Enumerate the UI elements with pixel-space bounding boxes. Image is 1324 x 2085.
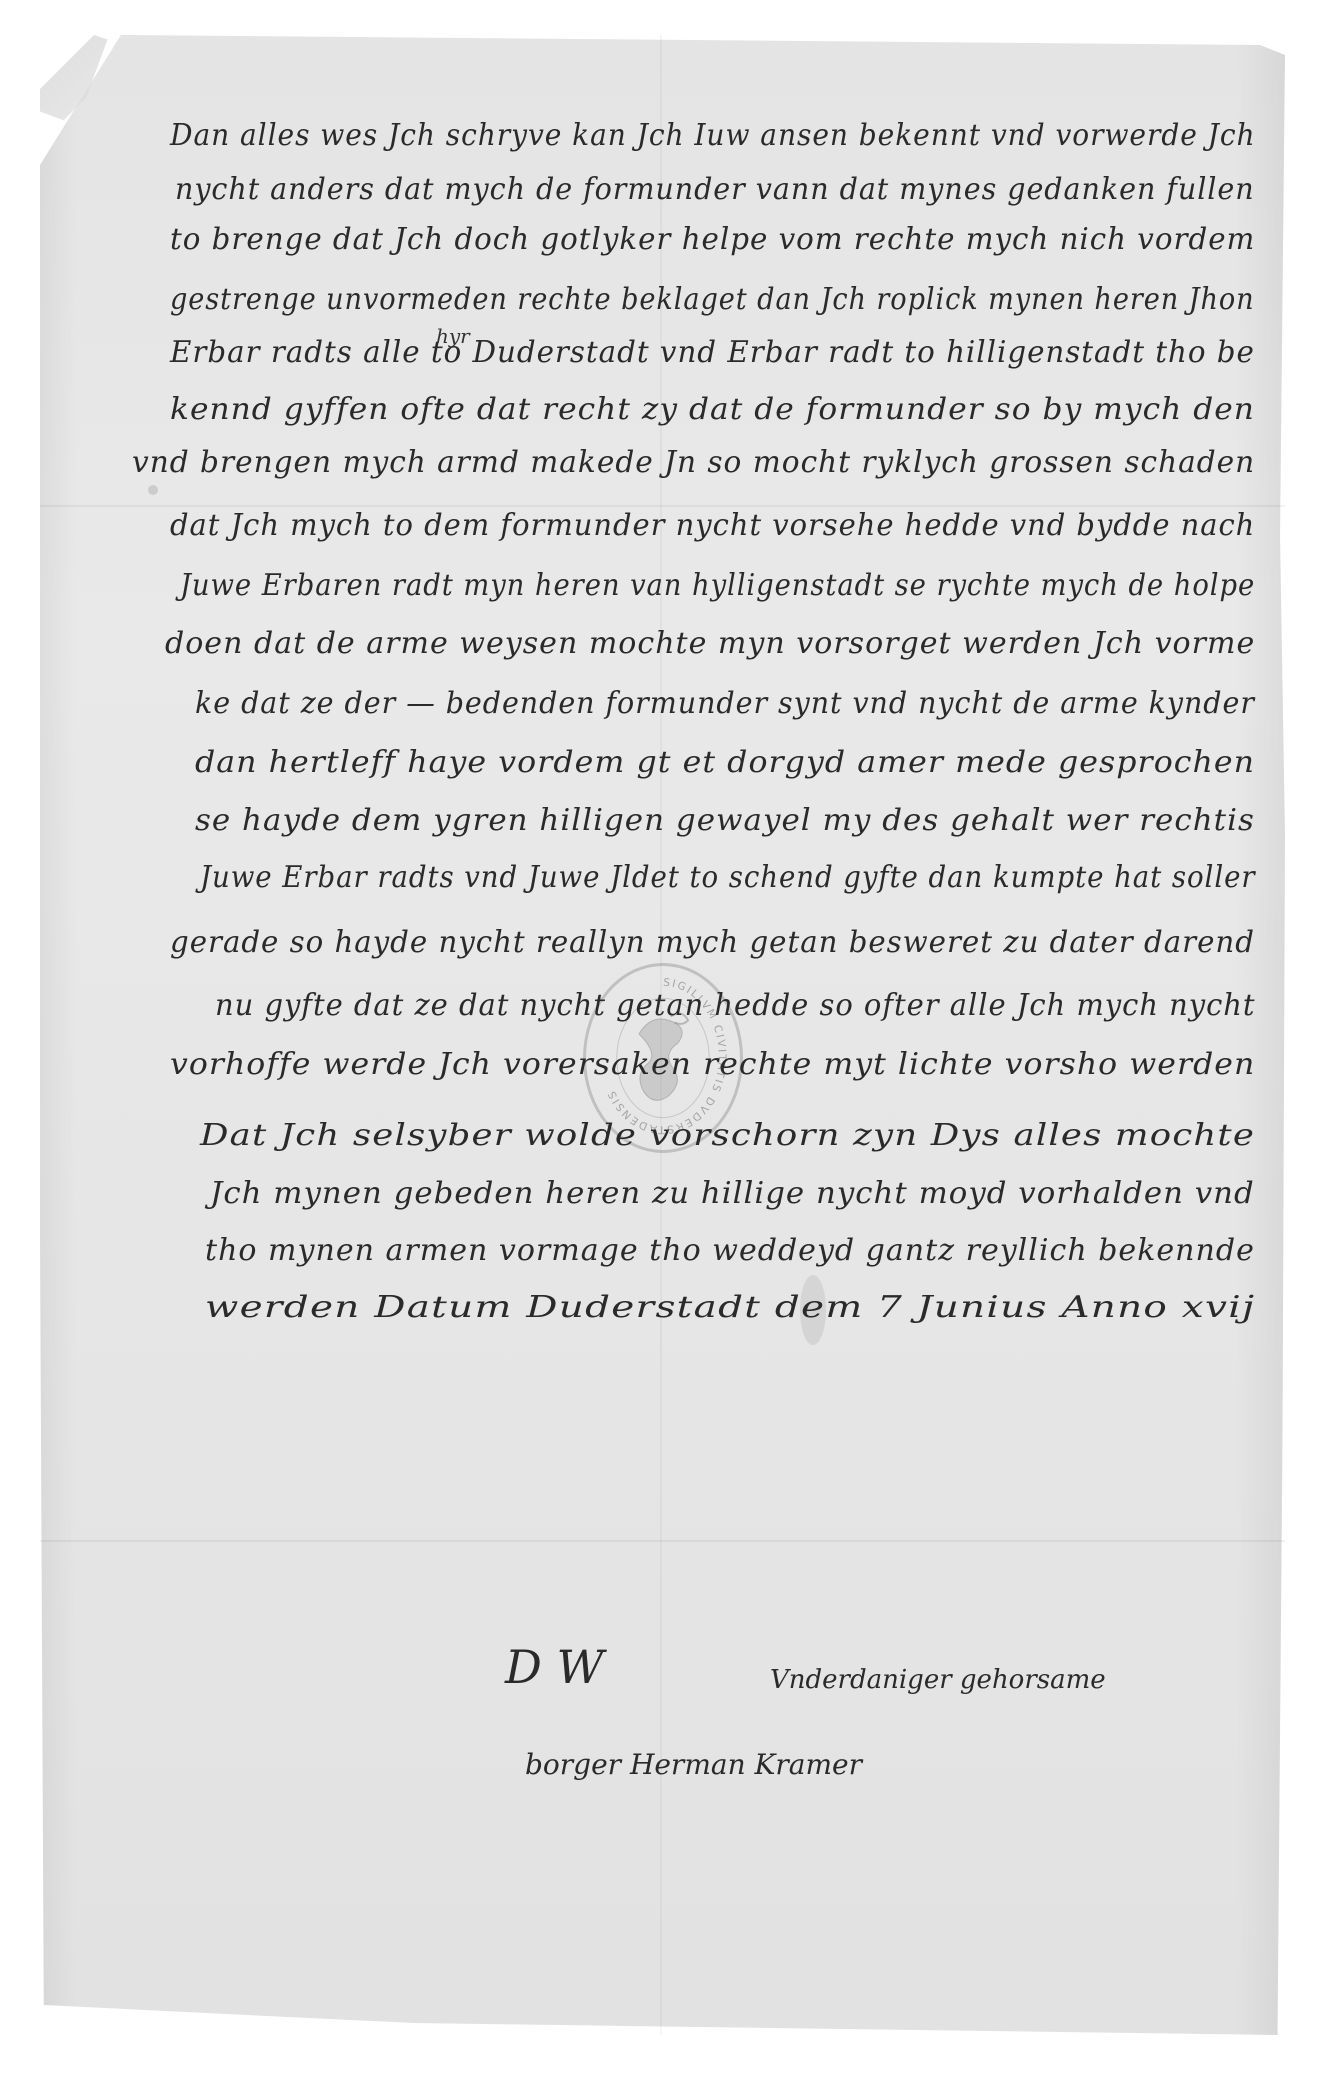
handwritten-line: gerade so hayde nycht reallyn mych getan… — [170, 925, 1255, 960]
handwritten-line: werden Datum Duderstadt dem 7 Junius Ann… — [205, 1290, 1255, 1325]
handwritten-line: dat Jch mych to dem formunder nycht vors… — [170, 508, 1255, 543]
handwritten-line: Jch mynen gebeden heren zu hillige nycht… — [210, 1176, 1255, 1211]
interlinear-insert: hyr — [436, 324, 470, 348]
handwritten-line: nycht anders dat mych de formunder vann … — [175, 172, 1255, 207]
handwritten-line: to brenge dat Jch doch gotlyker helpe vo… — [170, 222, 1255, 257]
handwritten-line: Dat Jch selsyber wolde vorschorn zyn Dys… — [200, 1118, 1255, 1153]
handwritten-line: Juwe Erbar radts vnd Juwe Jldet to schen… — [200, 860, 1255, 895]
handwritten-line: vorhoffe werde Jch vorersaken rechte myt… — [170, 1047, 1255, 1082]
handwritten-line: doen dat de arme weysen mochte myn vorso… — [165, 626, 1255, 661]
handwritten-line: kennd gyffen ofte dat recht zy dat de fo… — [170, 392, 1255, 427]
signature-closing: Vnderdaniger gehorsame — [770, 1665, 1106, 1695]
signature-name: borger Herman Kramer — [525, 1748, 862, 1781]
handwritten-line: Erbar radts alle to Duderstadt vnd Erbar… — [170, 335, 1255, 370]
handwritten-line: Juwe Erbaren radt myn heren van hylligen… — [180, 568, 1255, 603]
handwritten-line: tho mynen armen vormage tho weddeyd gant… — [205, 1233, 1255, 1268]
handwritten-line: se hayde dem ygren hilligen gewayel my d… — [195, 803, 1255, 838]
handwritten-line: vnd brengen mych armd makede Jn so mocht… — [132, 445, 1255, 480]
handwritten-line: Dan alles wes Jch schryve kan Jch Iuw an… — [170, 118, 1256, 153]
handwritten-line: gestrenge unvormeden rechte beklaget dan… — [170, 282, 1255, 317]
handwritten-line: dan hertleff haye vordem gt et dorgyd am… — [195, 745, 1255, 780]
handwritten-line: nu gyfte dat ze dat nycht getan hedde so… — [215, 988, 1256, 1023]
handwritten-line: ke dat ze der — bedenden formunder synt … — [195, 686, 1255, 721]
signature-initials: D W — [505, 1640, 604, 1694]
